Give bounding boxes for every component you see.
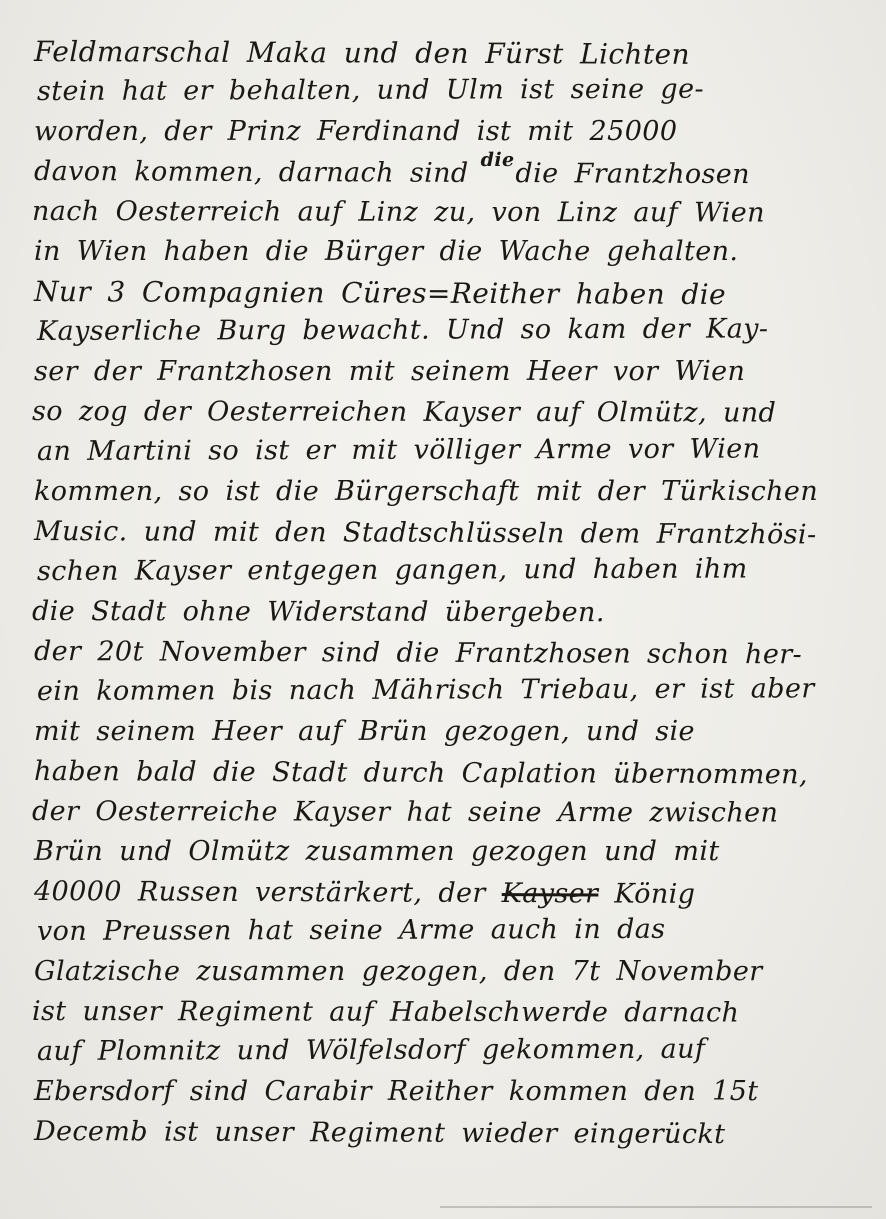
manuscript-line: Ebersdorf sind Carabir Reither kommen de…	[34, 1072, 866, 1112]
manuscript-line: nach Oesterreich auf Linz zu, von Linz a…	[32, 192, 864, 234]
manuscript-line: stein hat er behalten, und Ulm ist seine…	[37, 69, 869, 112]
line-text: 40000 Russen verstärkert, der	[34, 876, 502, 909]
manuscript-line: die Stadt ohne Widerstand übergeben.	[32, 592, 864, 634]
manuscript-page: Feldmarschal Maka und den Fürst Lichten …	[0, 0, 886, 1219]
manuscript-line: ein kommen bis nach Mährisch Triebau, er…	[37, 669, 869, 712]
scan-edge-artifact	[440, 1206, 872, 1208]
manuscript-line: Glatzische zusammen gezogen, den 7t Nove…	[34, 952, 866, 992]
line-text: die Frantzhosen	[515, 158, 750, 190]
manuscript-line: schen Kayser entgegen gangen, und haben …	[37, 549, 869, 592]
manuscript-line: an Martini so ist er mit völliger Arme v…	[37, 429, 869, 472]
line-text: davon kommen, darnach sind	[34, 156, 485, 189]
manuscript-line: so zog der Oesterreichen Kayser auf Olmü…	[32, 392, 864, 434]
manuscript-line: in Wien haben die Bürger die Wache gehal…	[34, 232, 866, 272]
manuscript-line: auf Plomnitz und Wölfelsdorf gekommen, a…	[37, 1029, 869, 1072]
manuscript-line: ist unser Regiment auf Habelschwerde dar…	[32, 992, 864, 1034]
line-text: König	[598, 878, 695, 909]
manuscript-line: Brün und Olmütz zusammen gezogen und mit	[34, 832, 866, 872]
struck-word: Kayser	[502, 878, 599, 909]
manuscript-line: davon kommen, darnach sind diedie Frantz…	[34, 152, 866, 196]
manuscript-line: kommen, so ist die Bürgerschaft mit der …	[34, 472, 866, 512]
manuscript-line: der Oesterreiche Kayser hat seine Arme z…	[32, 792, 864, 834]
manuscript-line: ser der Frantzhosen mit seinem Heer vor …	[34, 352, 866, 392]
manuscript-line: mit seinem Heer auf Brün gezogen, und si…	[34, 712, 866, 752]
manuscript-text: Feldmarschal Maka und den Fürst Lichten …	[0, 0, 886, 1219]
manuscript-line: worden, der Prinz Ferdinand ist mit 2500…	[34, 112, 866, 152]
manuscript-line: von Preussen hat seine Arme auch in das	[37, 909, 869, 952]
manuscript-line: Kayserliche Burg bewacht. Und so kam der…	[37, 309, 869, 352]
inserted-word-above: die	[481, 149, 515, 171]
manuscript-line: Decemb ist unser Regiment wieder eingerü…	[34, 1112, 866, 1156]
manuscript-line: haben bald die Stadt durch Caplation übe…	[34, 752, 866, 796]
